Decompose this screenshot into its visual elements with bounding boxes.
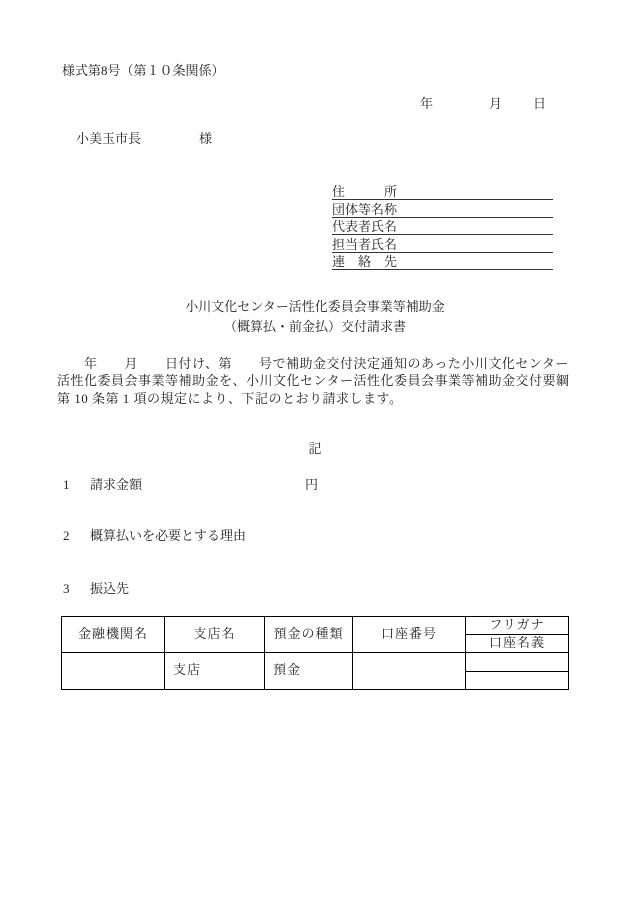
applicant-field-address: 住 所 — [332, 183, 553, 200]
body-paragraph: 年 月 日付け、第 号で補助金交付決定通知のあった小川文化センター 活性化委員会… — [57, 356, 573, 408]
header-account-name: 口座名義 — [466, 634, 569, 652]
section-heading-ki: 記 — [0, 441, 630, 458]
addressee-honorific: 様 — [199, 131, 212, 148]
applicant-field-label: 担当者氏名 — [332, 237, 397, 252]
header-deposit-type: 預金の種類 — [265, 617, 353, 653]
cell-financial-institution — [62, 652, 165, 689]
applicant-field-organization: 団体等名称 — [332, 200, 553, 217]
date-line: 年 月 日 — [420, 96, 550, 114]
header-account-number: 口座番号 — [353, 617, 466, 653]
date-year-label: 年 — [420, 96, 433, 113]
applicant-info-block: 住 所 団体等名称 代表者氏名 担当者氏名 連 絡 先 — [332, 183, 553, 270]
cell-deposit: 預金 — [265, 652, 353, 689]
addressee-name: 小美玉市長 — [76, 131, 141, 148]
applicant-field-label: 代表者氏名 — [332, 219, 397, 234]
header-financial-institution: 金融機関名 — [62, 617, 165, 653]
cell-furigana — [466, 652, 569, 671]
applicant-field-label: 連 絡 先 — [332, 254, 397, 269]
header-branch-name: 支店名 — [165, 617, 265, 653]
applicant-field-contact-person: 担当者氏名 — [332, 235, 553, 252]
document-title-line2: （概算払・前金払）交付請求書 — [0, 319, 630, 336]
body-line-2: 活性化委員会事業等補助金を、小川文化センター活性化委員会事業等補助金交付要綱 — [57, 373, 573, 390]
item-3-number: 3 — [63, 581, 70, 598]
date-month-label: 月 — [489, 96, 502, 113]
body-line-1: 年 月 日付け、第 号で補助金交付決定通知のあった小川文化センター — [57, 356, 573, 373]
item-2-label: 概算払いを必要とする理由 — [90, 528, 246, 545]
cell-account-name — [466, 671, 569, 689]
cell-branch: 支店 — [165, 652, 265, 689]
applicant-field-label: 住 所 — [332, 184, 397, 199]
applicant-field-label: 団体等名称 — [332, 202, 397, 217]
item-1-unit-yen: 円 — [305, 477, 318, 494]
item-3-label: 振込先 — [90, 581, 129, 598]
document-page: 様式第8号（第１０条関係） 年 月 日 小美玉市長 様 住 所 団体等名称 代表… — [0, 0, 630, 903]
applicant-field-representative: 代表者氏名 — [332, 218, 553, 235]
header-furigana: フリガナ — [466, 617, 569, 635]
document-title-line1: 小川文化センター活性化委員会事業等補助金 — [0, 299, 630, 316]
item-1-label: 請求金額 — [90, 477, 142, 494]
cell-account-number — [353, 652, 466, 689]
body-line-3: 第 10 条第 1 項の規定により、下記のとおり請求します。 — [57, 391, 573, 408]
form-number: 様式第8号（第１０条関係） — [62, 63, 225, 80]
item-2-number: 2 — [63, 528, 70, 545]
bank-transfer-table: 金融機関名 支店名 預金の種類 口座番号 フリガナ 口座名義 支店 預金 — [61, 616, 569, 690]
item-1-number: 1 — [63, 477, 70, 494]
applicant-field-contact: 連 絡 先 — [332, 253, 553, 270]
date-day-label: 日 — [533, 96, 546, 113]
